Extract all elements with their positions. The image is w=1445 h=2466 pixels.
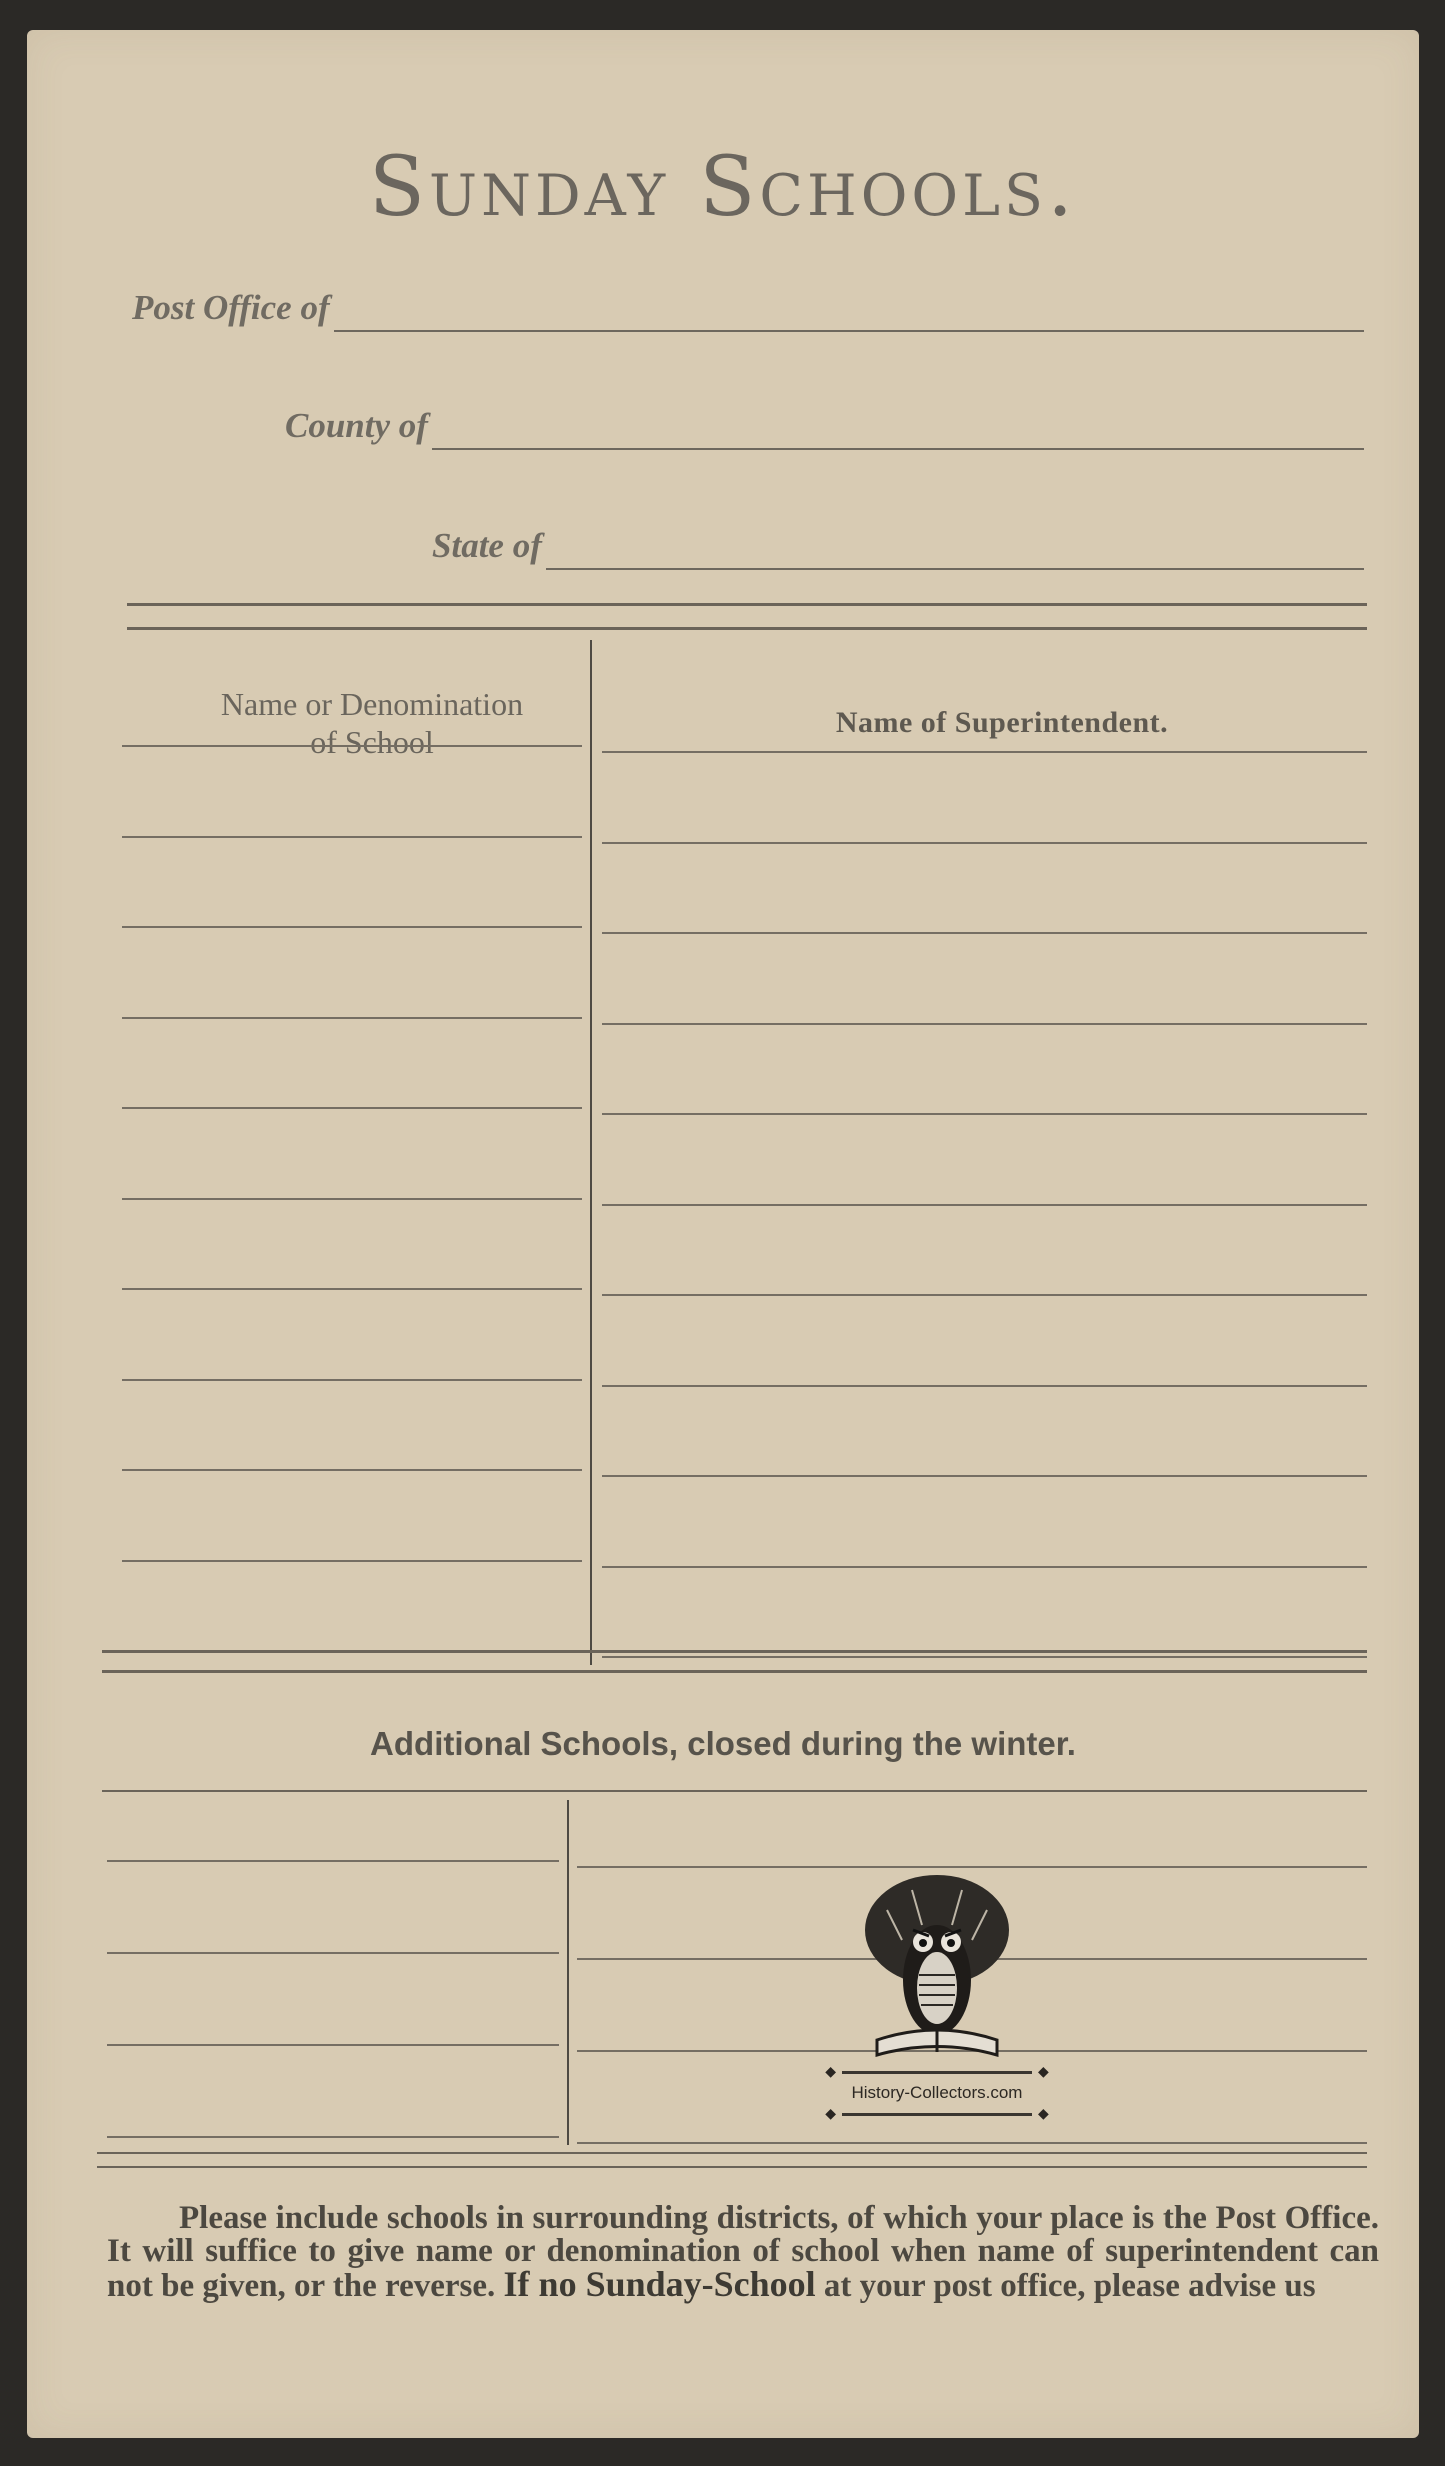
school-name-entry-line[interactable] xyxy=(107,1952,559,1954)
county-field[interactable]: County of xyxy=(285,410,1364,450)
school-name-entry-line[interactable] xyxy=(122,1017,582,1019)
county-input-line[interactable] xyxy=(432,447,1364,450)
additional-schools-heading: Additional Schools, closed during the wi… xyxy=(27,1725,1419,1763)
state-label: State of xyxy=(432,526,542,570)
superintendent-entry-line[interactable] xyxy=(602,1113,1367,1115)
school-name-entry-line[interactable] xyxy=(122,1379,582,1381)
divider-rule xyxy=(97,2166,1367,2168)
post-office-label: Post Office of xyxy=(132,288,330,332)
post-office-input-line[interactable] xyxy=(334,329,1364,332)
form-card: Sunday Schools. Post Office of County of… xyxy=(27,30,1419,2438)
state-input-line[interactable] xyxy=(546,567,1364,570)
footnote-emphasis: If no Sunday-School xyxy=(504,2264,816,2304)
column-header-school: Name or Denomination of School xyxy=(127,685,617,761)
column-header-superintendent: Name of Superintendent. xyxy=(627,706,1377,740)
superintendent-entry-line[interactable] xyxy=(602,1023,1367,1025)
school-name-entry-line[interactable] xyxy=(122,1198,582,1200)
watermark-site: History-Collectors.com xyxy=(807,2083,1067,2103)
superintendent-entry-line[interactable] xyxy=(602,1475,1367,1477)
watermark-logo: ◆◆ History-Collectors.com ◆◆ xyxy=(807,1870,1067,2130)
superintendent-entry-line[interactable] xyxy=(602,1385,1367,1387)
superintendent-entry-line[interactable] xyxy=(577,1866,1367,1868)
school-name-entry-line[interactable] xyxy=(122,745,582,747)
divider-rule xyxy=(97,2152,1367,2154)
divider-rule xyxy=(127,603,1367,606)
school-name-entry-line[interactable] xyxy=(122,926,582,928)
school-name-entry-line[interactable] xyxy=(122,1107,582,1109)
page-title: Sunday Schools. xyxy=(27,140,1419,235)
superintendent-entry-line[interactable] xyxy=(602,1566,1367,1568)
owl-on-book-icon xyxy=(857,1870,1017,2060)
column-divider xyxy=(590,640,592,1665)
school-name-entry-line[interactable] xyxy=(122,1469,582,1471)
superintendent-entry-line[interactable] xyxy=(602,842,1367,844)
school-name-entry-line[interactable] xyxy=(122,836,582,838)
decorative-divider: ◆◆ xyxy=(807,2065,1067,2079)
school-name-entry-line[interactable] xyxy=(122,1288,582,1290)
superintendent-entry-line[interactable] xyxy=(602,1294,1367,1296)
state-field[interactable]: State of xyxy=(432,530,1364,570)
divider-rule xyxy=(102,1670,1367,1673)
divider-rule xyxy=(127,627,1367,630)
column-divider xyxy=(567,1800,569,2145)
school-name-entry-line[interactable] xyxy=(107,2136,559,2138)
post-office-field[interactable]: Post Office of xyxy=(132,292,1364,332)
divider-rule xyxy=(102,1650,1367,1653)
superintendent-entry-line[interactable] xyxy=(602,1204,1367,1206)
divider-rule xyxy=(102,1790,1367,1792)
superintendent-entry-line[interactable] xyxy=(602,932,1367,934)
school-name-entry-line[interactable] xyxy=(107,2044,559,2046)
superintendent-entry-line[interactable] xyxy=(602,751,1367,753)
superintendent-entry-line[interactable] xyxy=(602,1656,1367,1658)
superintendent-entry-line[interactable] xyxy=(577,2142,1367,2144)
county-label: County of xyxy=(285,406,428,450)
school-name-entry-line[interactable] xyxy=(107,1860,559,1862)
school-name-entry-line[interactable] xyxy=(122,1560,582,1562)
instructions-footnote: Please include schools in surrounding di… xyxy=(107,2202,1379,2303)
decorative-divider: ◆◆ xyxy=(807,2107,1067,2121)
